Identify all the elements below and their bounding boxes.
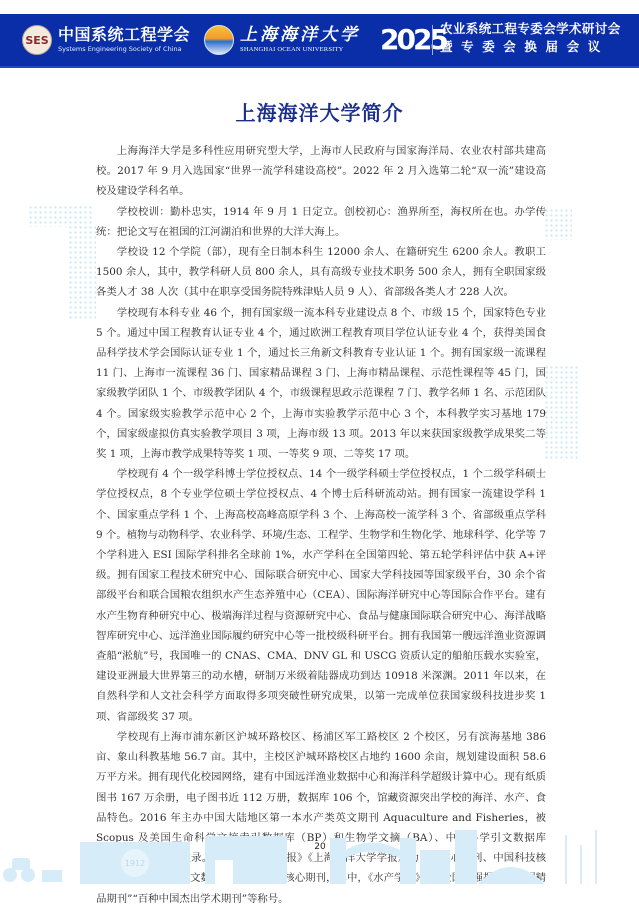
conference-title-line1: 农业系统工程专委会学术研讨会 — [440, 23, 621, 36]
paragraph-motto: 学校校训：勤朴忠实，1914 年 9 月 1 日定立。创校初心：渔界所至，海权所… — [96, 202, 546, 242]
conference-year: 2025 — [380, 22, 446, 58]
ses-name-cn: 中国系统工程学会 — [58, 27, 190, 43]
paragraph-intro: 上海海洋大学是多科性应用研究型大学，上海市人民政府与国家海洋局、农业农村部共建高… — [96, 141, 546, 202]
shou-name-cn: 上海海洋大学 — [240, 27, 360, 44]
paragraph-staff: 学校设 12 个学院（部），现有全日制本科生 12000 余人、在籍研究生 62… — [96, 242, 546, 303]
ses-emblem-icon: SES — [22, 25, 52, 55]
skyline-year-text: 1912 — [125, 859, 145, 868]
document-body: 上海海洋大学是多科性应用研究型大学，上海市人民政府与国家海洋局、农业农村部共建高… — [96, 141, 546, 905]
paragraph-teaching: 学校现有本科专业 46 个，拥有国家级一流本科专业建设点 8 个、市级 15 个… — [96, 303, 546, 465]
campus-skyline-illustration: 1912 — [0, 820, 639, 890]
shou-name-en: SHANGHAI OCEAN UNIVERSITY — [240, 47, 360, 54]
dotted-map-decoration — [28, 205, 93, 227]
page-number: 20 — [309, 842, 331, 852]
conference-title: 农业系统工程专委会学术研讨会 暨专委会换届会议 — [440, 23, 621, 53]
ses-name-en: Systems Engineering Society of China — [58, 46, 190, 53]
header-banner: SES 中国系统工程学会 Systems Engineering Society… — [0, 14, 639, 68]
divider — [432, 25, 433, 55]
dotted-map-decoration — [68, 225, 96, 320]
conference-title-line2: 暨专委会换届会议 — [440, 41, 621, 54]
dotted-map-decoration — [544, 365, 580, 460]
shou-logo: 上海海洋大学 SHANGHAI OCEAN UNIVERSITY — [204, 14, 360, 66]
page-title: 上海海洋大学简介 — [0, 97, 639, 126]
paragraph-research: 学校现有 4 个一级学科博士学位授权点、14 个一级学科硕士学位授权点，1 个二… — [96, 464, 546, 727]
ses-logo: SES 中国系统工程学会 Systems Engineering Society… — [22, 14, 190, 66]
dotted-map-decoration — [544, 208, 572, 240]
shou-emblem-icon — [204, 25, 234, 55]
